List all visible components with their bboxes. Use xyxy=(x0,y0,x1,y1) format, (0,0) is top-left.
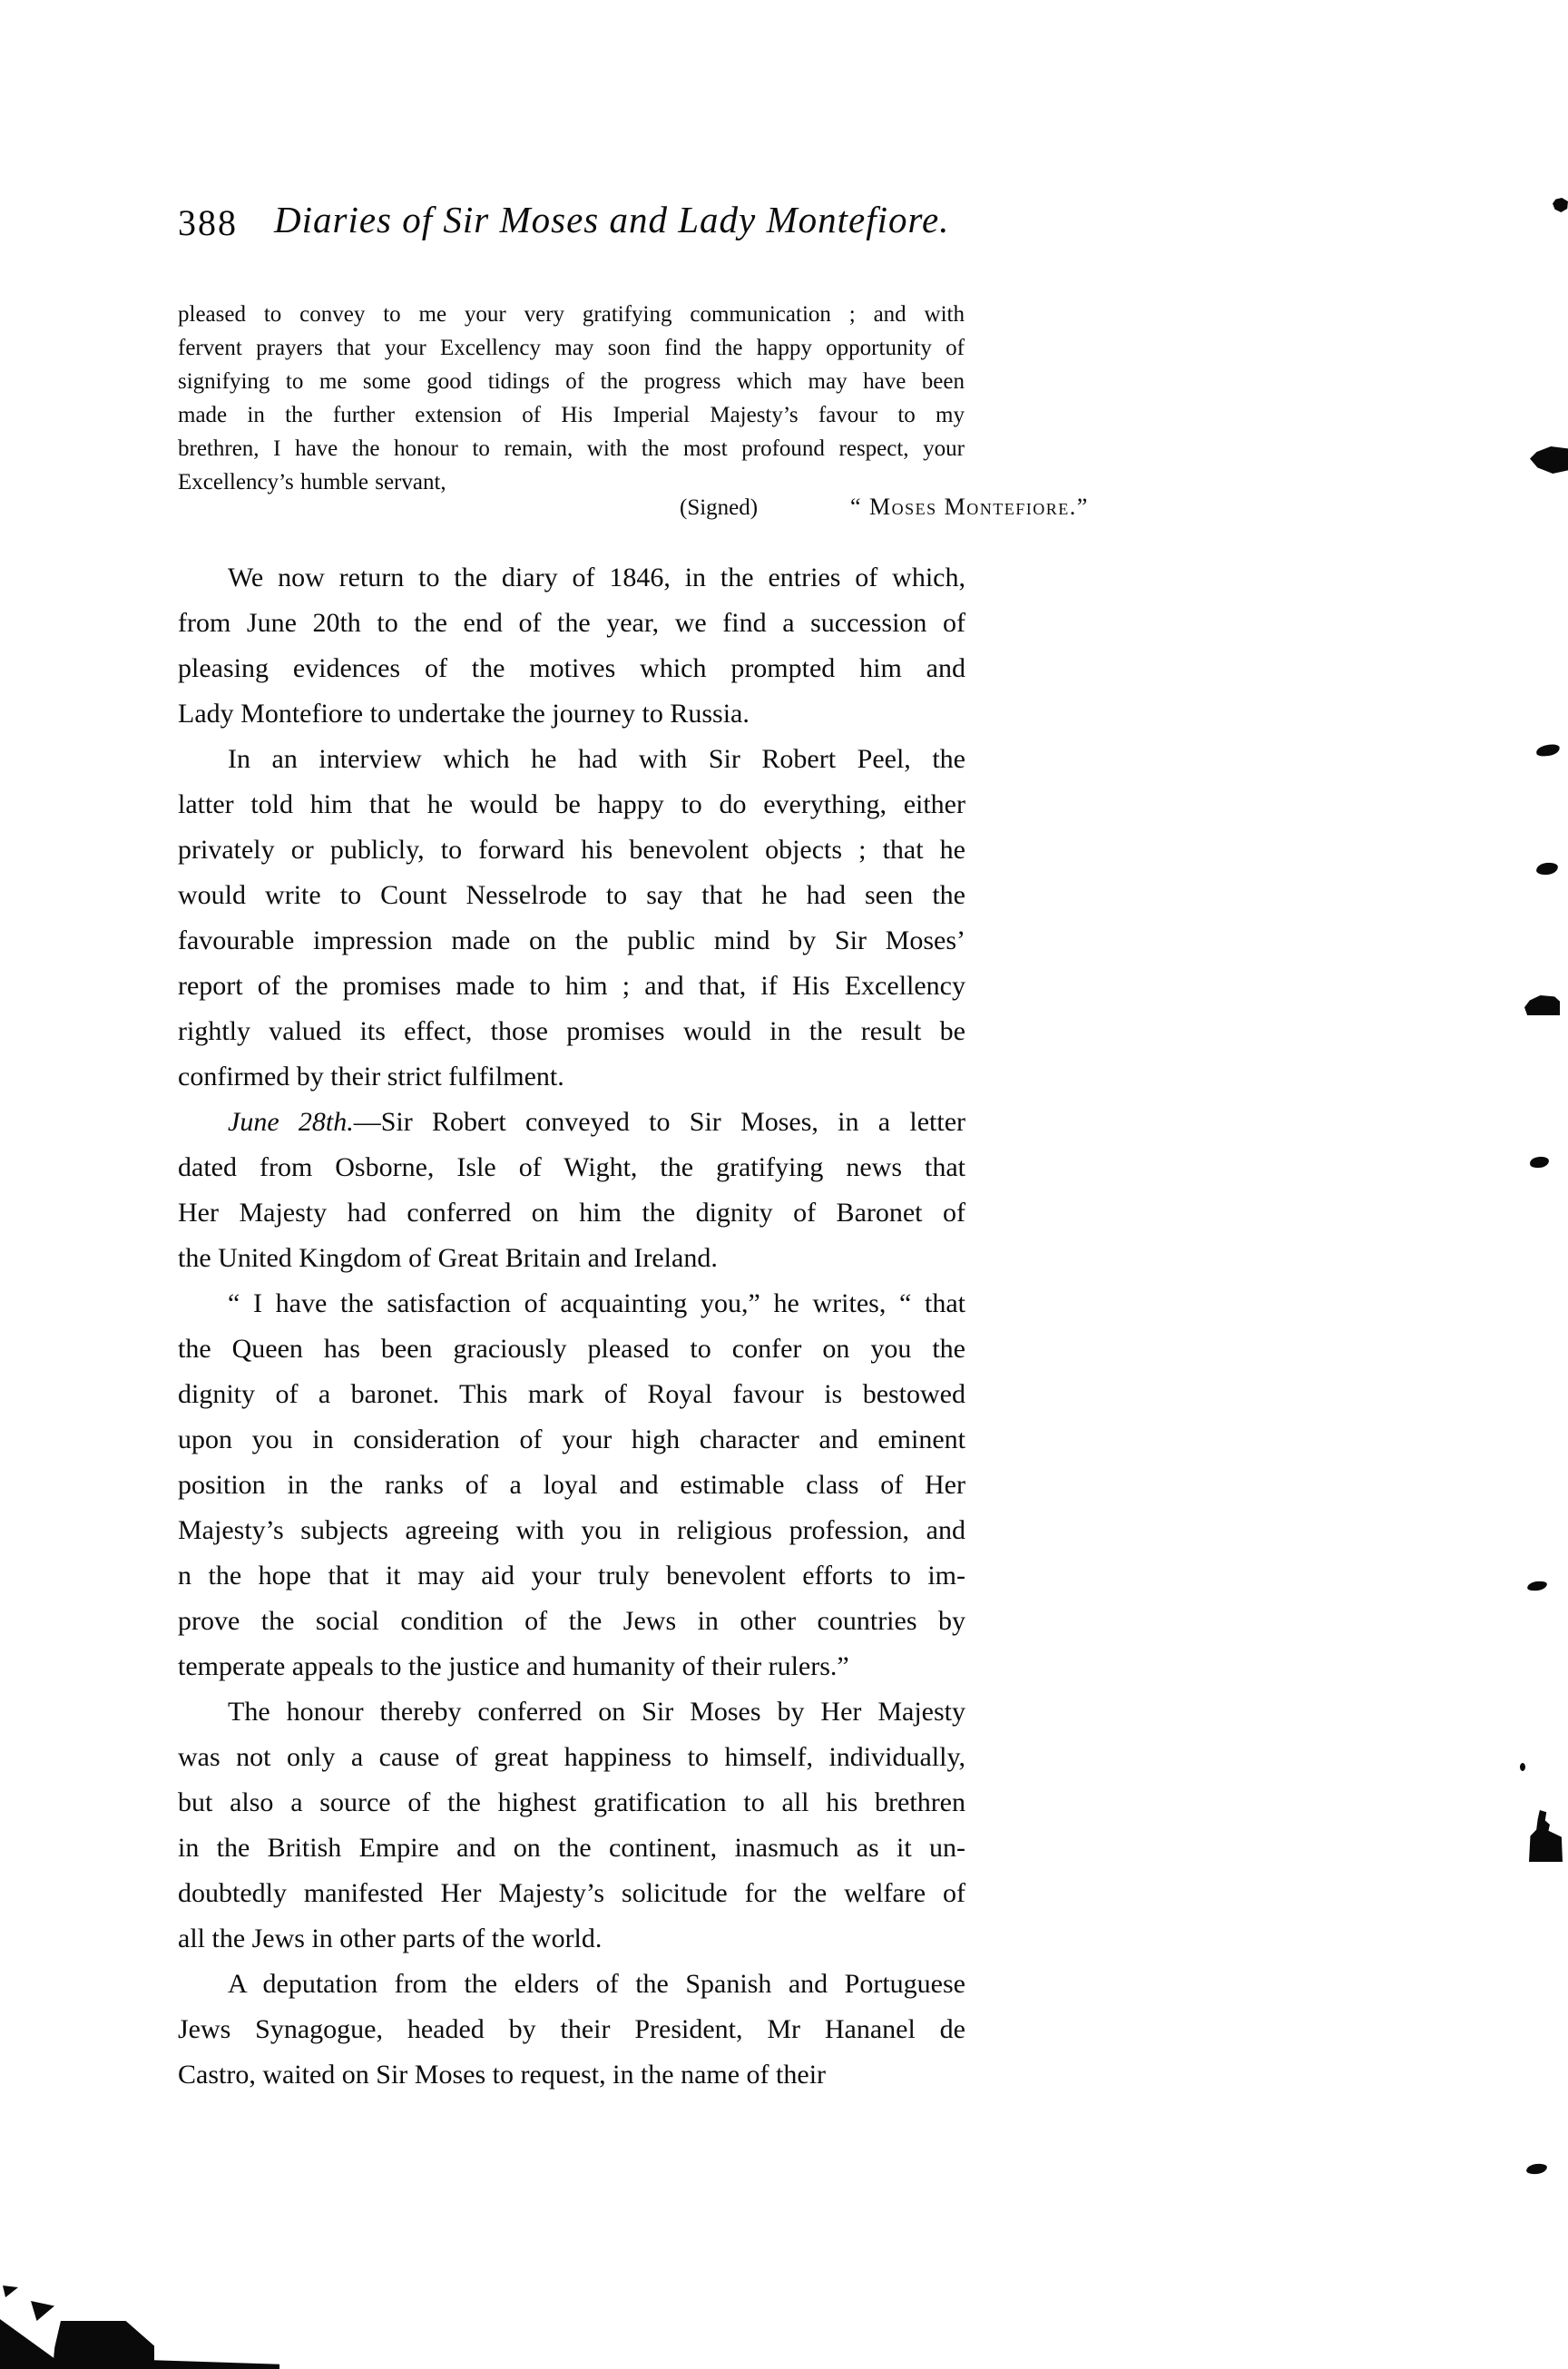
body-line: Jews Synagogue, headed by their Presiden… xyxy=(178,2007,965,2052)
letter-line: signifying to me some good tidings of th… xyxy=(178,365,965,398)
ink-smudge xyxy=(1524,995,1560,1015)
ink-speck xyxy=(1520,1763,1525,1771)
signed-label: (Signed) xyxy=(680,495,758,521)
book-page: 388 Diaries of Sir Moses and Lady Montef… xyxy=(0,0,1568,2369)
body-line: upon you in consideration of your high c… xyxy=(178,1417,965,1463)
ink-smudge xyxy=(1529,1810,1563,1862)
letter-line: fervent prayers that your Excellency may… xyxy=(178,331,965,365)
body-line: The honour thereby conferred on Sir Mose… xyxy=(178,1689,965,1735)
body-line: temperate appeals to the justice and hum… xyxy=(178,1644,965,1689)
body-line: We now return to the diary of 1846, in t… xyxy=(178,555,965,601)
corner-scan-artifact xyxy=(3,2286,18,2297)
ink-smudge xyxy=(1529,1156,1549,1169)
ink-smudge xyxy=(1535,862,1558,876)
running-header: 388 Diaries of Sir Moses and Lady Montef… xyxy=(178,198,965,254)
body-line: rightly valued its effect, those promise… xyxy=(178,1009,965,1054)
ink-smudge xyxy=(1530,446,1568,474)
letter-line: brethren, I have the honour to remain, w… xyxy=(178,432,965,465)
body-line: position in the ranks of a loyal and est… xyxy=(178,1463,965,1508)
body-line: from June 20th to the end of the year, w… xyxy=(178,601,965,646)
body-line: dated from Osborne, Isle of Wight, the g… xyxy=(178,1145,965,1190)
signature-row: (Signed) “ Moses Montefiore.” xyxy=(178,495,1085,532)
body-line: latter told him that he would be happy t… xyxy=(178,782,965,827)
quoted-letter-block: pleased to convey to me your very gratif… xyxy=(178,298,965,499)
running-title: Diaries of Sir Moses and Lady Montefiore… xyxy=(274,198,949,241)
body-line: In an interview which he had with Sir Ro… xyxy=(178,737,965,782)
corner-scan-artifact xyxy=(31,2301,54,2321)
body-line: A deputation from the elders of the Span… xyxy=(178,1962,965,2007)
body-line: all the Jews in other parts of the world… xyxy=(178,1916,965,1962)
body-line: the Queen has been graciously pleased to… xyxy=(178,1326,965,1372)
ink-smudge xyxy=(1525,2163,1547,2175)
body-line: doubtedly manifested Her Majesty’s solic… xyxy=(178,1871,965,1916)
letter-line: Excellency’s humble servant, xyxy=(178,465,965,499)
body-line: prove the social condition of the Jews i… xyxy=(178,1599,965,1644)
letter-line: pleased to convey to me your very gratif… xyxy=(178,298,965,331)
body-line: in the British Empire and on the contine… xyxy=(178,1826,965,1871)
body-line: the United Kingdom of Great Britain and … xyxy=(178,1236,965,1281)
body-line: n the hope that it may aid your truly be… xyxy=(178,1553,965,1599)
letter-line: made in the further extension of His Imp… xyxy=(178,398,965,432)
body-text: We now return to the diary of 1846, in t… xyxy=(178,555,965,2098)
body-line: dignity of a baronet. This mark of Royal… xyxy=(178,1372,965,1417)
body-line: would write to Count Nesselrode to say t… xyxy=(178,873,965,918)
body-line: “ I have the satisfaction of acquainting… xyxy=(178,1281,965,1326)
ink-smudge xyxy=(1553,198,1568,212)
body-line: Lady Montefiore to undertake the journey… xyxy=(178,691,965,737)
body-line: June 28th.—Sir Robert conveyed to Sir Mo… xyxy=(178,1100,965,1145)
ink-smudge xyxy=(1526,1581,1547,1592)
body-line: pleasing evidences of the motives which … xyxy=(178,646,965,691)
body-line: Majesty’s subjects agreeing with you in … xyxy=(178,1508,965,1553)
body-line: report of the promises made to him ; and… xyxy=(178,964,965,1009)
diary-date: June 28th. xyxy=(228,1107,354,1137)
body-line: Her Majesty had conferred on him the dig… xyxy=(178,1190,965,1236)
page-number: 388 xyxy=(178,201,238,244)
corner-scan-artifact xyxy=(136,2357,279,2369)
body-line: Castro, waited on Sir Moses to request, … xyxy=(178,2052,965,2098)
signature-name: “ Moses Montefiore.” xyxy=(850,494,1089,521)
body-line: privately or publicly, to forward his be… xyxy=(178,827,965,873)
ink-smudge xyxy=(1535,743,1560,758)
body-line: confirmed by their strict fulfilment. xyxy=(178,1054,965,1100)
body-line: favourable impression made on the public… xyxy=(178,918,965,964)
body-line: but also a source of the highest gratifi… xyxy=(178,1780,965,1826)
body-line: was not only a cause of great happiness … xyxy=(178,1735,965,1780)
